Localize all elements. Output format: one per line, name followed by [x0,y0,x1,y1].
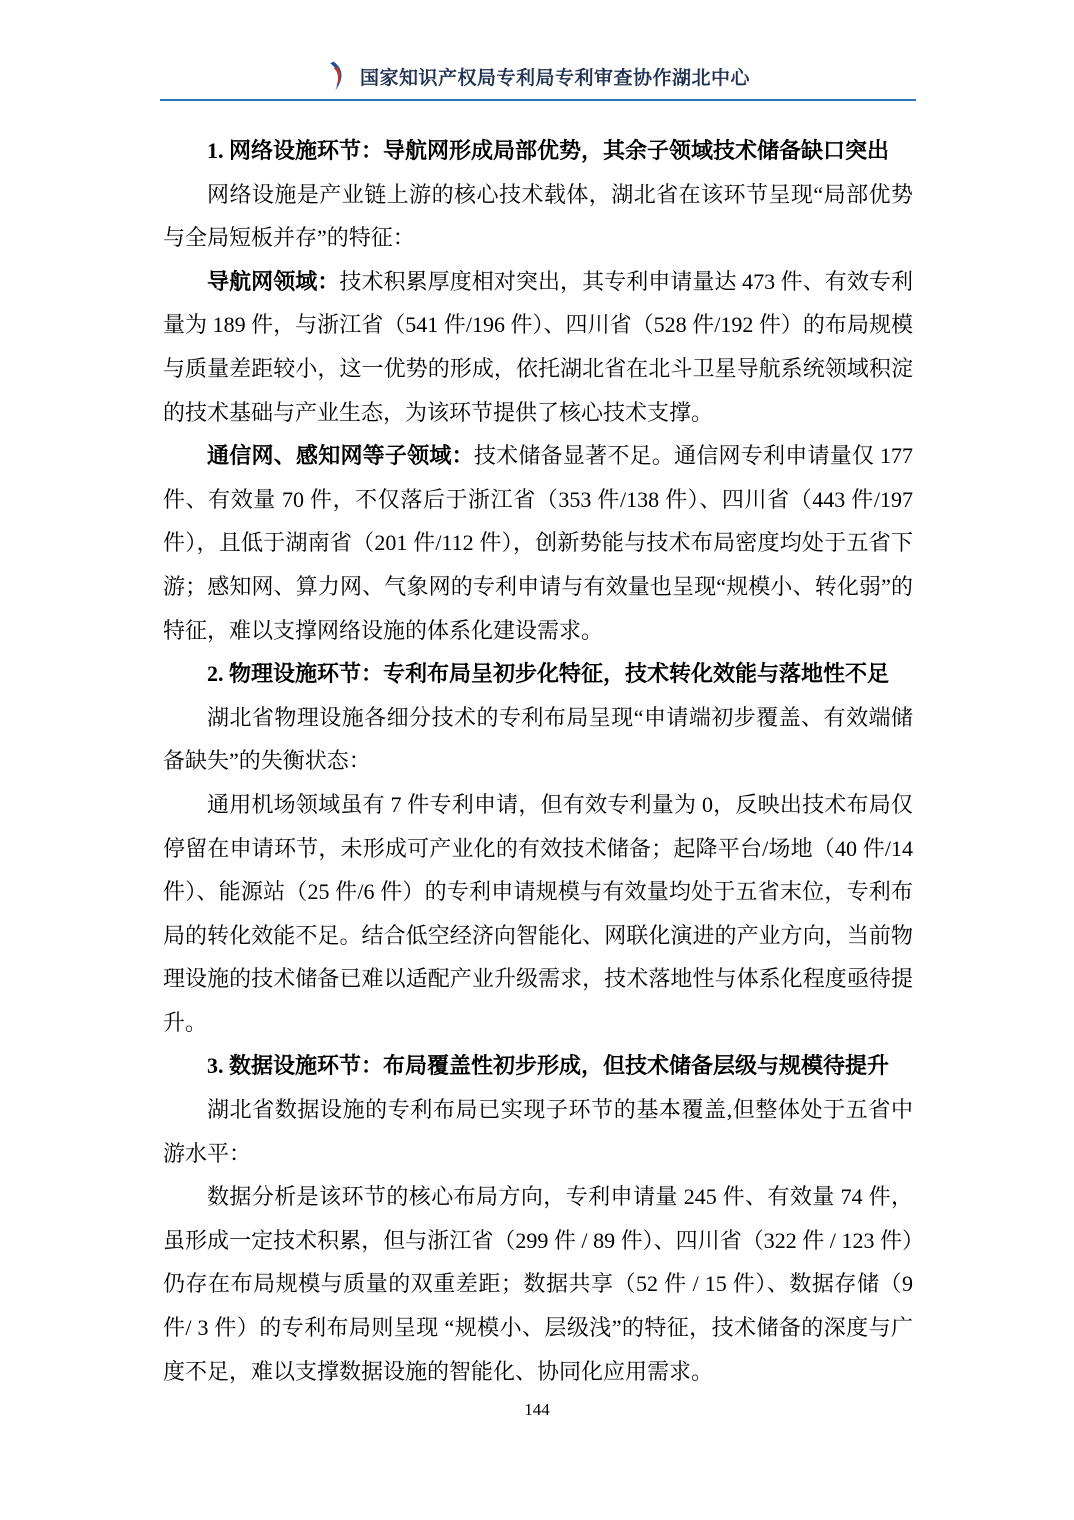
paragraph-text: 技术储备显著不足。通信网专利申请量仅 177 件、有效量 70 件，不仅落后于浙… [163,443,913,642]
section-3-paragraph-intro: 湖北省数据设施的专利布局已实现子环节的基本覆盖,但整体处于五省中游水平： [163,1088,913,1175]
section-3-heading: 3. 数据设施环节：布局覆盖性初步形成，但技术储备层级与规模待提升 [163,1044,913,1088]
section-2-paragraph-intro: 湖北省物理设施各细分技术的专利布局呈现“申请端初步覆盖、有效端储备缺失”的失衡状… [163,696,913,783]
section-1-heading: 1. 网络设施环节：导航网形成局部优势，其余子领域技术储备缺口突出 [163,129,913,173]
section-1-paragraph-intro: 网络设施是产业链上游的核心技术载体，湖北省在该环节呈现“局部优势与全局短板并存”… [163,173,913,260]
document-page: 国家知识产权局专利局专利审查协作湖北中心 1. 网络设施环节：导航网形成局部优势… [0,0,1074,1393]
paragraph-lead: 通信网、感知网等子领域： [207,443,474,468]
paragraph-text: 数据分析是该环节的核心布局方向，专利申请量 245 件、有效量 74 件，虽形成… [163,1184,913,1383]
paragraph-text: 湖北省物理设施各细分技术的专利布局呈现“申请端初步覆盖、有效端储备缺失”的失衡状… [163,705,913,774]
page-header: 国家知识产权局专利局专利审查协作湖北中心 [160,0,916,101]
section-2-paragraph-airport: 通用机场领域虽有 7 件专利申请，但有效专利量为 0，反映出技术布局仅停留在申请… [163,783,913,1045]
document-body: 1. 网络设施环节：导航网形成局部优势，其余子领域技术储备缺口突出 网络设施是产… [163,129,913,1393]
section-3-paragraph-analysis: 数据分析是该环节的核心布局方向，专利申请量 245 件、有效量 74 件，虽形成… [163,1175,913,1393]
paragraph-lead: 导航网领域： [207,269,339,294]
section-1-paragraph-comnet: 通信网、感知网等子领域：技术储备显著不足。通信网专利申请量仅 177 件、有效量… [163,434,913,652]
header-title: 国家知识产权局专利局专利审查协作湖北中心 [360,63,750,90]
paragraph-text: 通用机场领域虽有 7 件专利申请，但有效专利量为 0，反映出技术布局仅停留在申请… [163,792,913,1035]
dual-swoosh-logo-icon [326,60,348,92]
paragraph-text: 网络设施是产业链上游的核心技术载体，湖北省在该环节呈现“局部优势与全局短板并存”… [163,182,913,251]
section-1-paragraph-navnet: 导航网领域：技术积累厚度相对突出，其专利申请量达 473 件、有效专利量为 18… [163,260,913,434]
page-footer: 144 [0,1400,1074,1420]
page-number: 144 [524,1400,550,1419]
section-2-heading: 2. 物理设施环节：专利布局呈初步化特征，技术转化效能与落地性不足 [163,652,913,696]
paragraph-text: 湖北省数据设施的专利布局已实现子环节的基本覆盖,但整体处于五省中游水平： [163,1097,913,1166]
